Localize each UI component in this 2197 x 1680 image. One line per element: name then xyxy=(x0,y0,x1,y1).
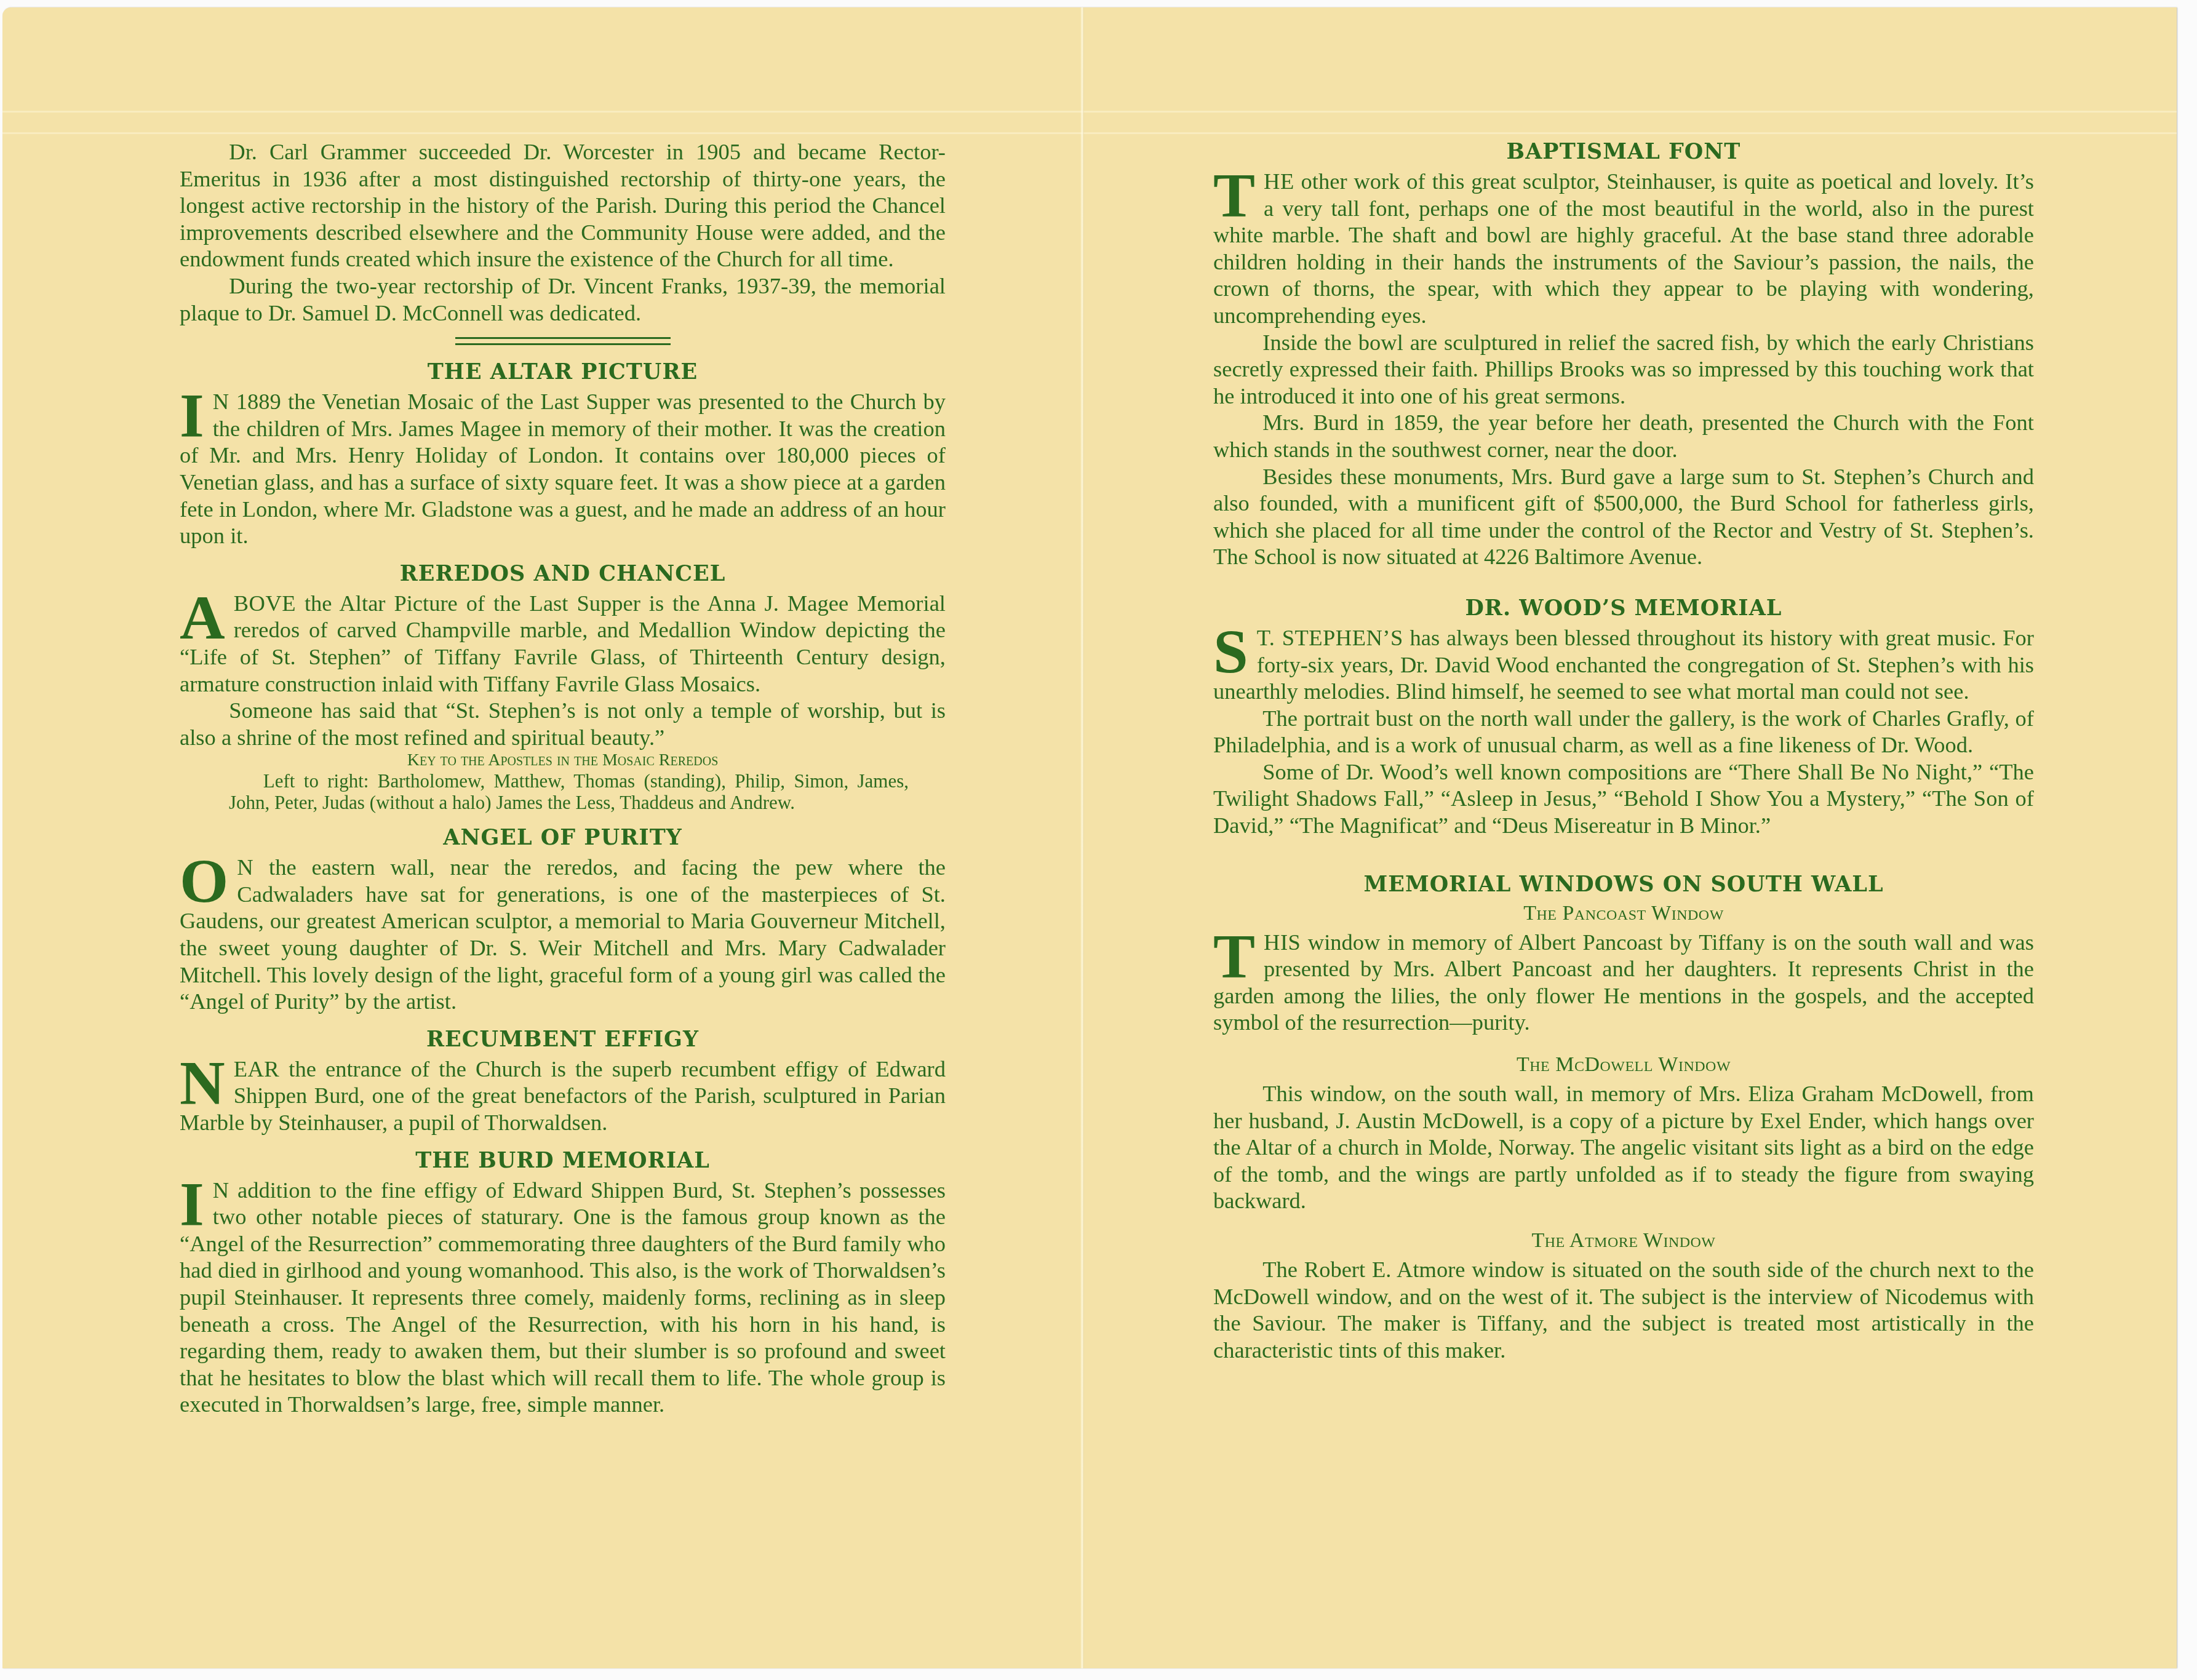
body-paragraph: Some of Dr. Wood’s well known compositio… xyxy=(1213,758,2034,839)
body-paragraph: The portrait bust on the north wall unde… xyxy=(1213,705,2034,758)
intro-paragraph: During the two-year rectorship of Dr. Vi… xyxy=(180,273,946,326)
body-paragraph: This window, on the south wall, in memor… xyxy=(1213,1080,2034,1214)
subheading-mcdowell-window: The McDowell Window xyxy=(1213,1052,2034,1078)
left-page: Dr. Carl Grammer succeeded Dr. Worcester… xyxy=(180,138,946,1418)
section-heading-altar-picture: THE ALTAR PICTURE xyxy=(180,359,946,386)
drop-cap: S xyxy=(1213,628,1248,677)
lead-caps: N xyxy=(213,389,229,414)
section-heading-baptismal-font: BAPTISMAL FONT xyxy=(1213,138,2034,165)
section-body-angel-of-purity: ON the eastern wall, near the reredos, a… xyxy=(180,854,946,1015)
body-text: window in memory of Albert Pancoast by T… xyxy=(1213,930,2034,1035)
apostles-key-title: Key to the Apostles in the Mosaic Reredo… xyxy=(180,750,946,770)
body-text: the entrance of the Church is the superb… xyxy=(180,1056,946,1135)
drop-cap: T xyxy=(1213,933,1255,982)
body-paragraph: Besides these monuments, Mrs. Burd gave … xyxy=(1213,463,2034,570)
body-text: the eastern wall, near the reredos, and … xyxy=(180,854,946,1014)
lead-caps: BOVE xyxy=(234,591,296,616)
body-text: 1889 the Venetian Mosaic of the Last Sup… xyxy=(180,389,946,548)
section-body-burd-memorial: IN addition to the fine effigy of Edward… xyxy=(180,1177,946,1418)
section-body-reredos: ABOVE the Altar Picture of the Last Supp… xyxy=(180,590,946,697)
lead-caps: N xyxy=(213,1177,229,1203)
section-heading-reredos-and-chancel: REREDOS AND CHANCEL xyxy=(180,560,946,587)
body-paragraph: Mrs. Burd in 1859, the year before her d… xyxy=(1213,409,2034,463)
section-body-recumbent-effigy: NEAR the entrance of the Church is the s… xyxy=(180,1056,946,1136)
section-heading-memorial-windows: MEMORIAL WINDOWS ON SOUTH WALL xyxy=(1213,871,2034,898)
right-page: BAPTISMAL FONT THE other work of this gr… xyxy=(1213,138,2034,1363)
quote-paragraph: Someone has said that “St. Stephen’s is … xyxy=(180,697,946,750)
body-text: addition to the fine effigy of Edward Sh… xyxy=(180,1177,946,1417)
section-body-pancoast-window: THIS window in memory of Albert Pancoast… xyxy=(1213,929,2034,1036)
lead-caps: HE xyxy=(1264,169,1294,194)
body-text: other work of this great sculptor, Stein… xyxy=(1213,169,2034,328)
subheading-atmore-window: The Atmore Window xyxy=(1213,1228,2034,1254)
drop-cap: N xyxy=(180,1059,225,1109)
section-body-dr-woods-memorial: ST. STEPHEN’S has always been blessed th… xyxy=(1213,624,2034,705)
double-rule-divider xyxy=(455,337,671,345)
lead-caps: N xyxy=(237,854,253,880)
section-heading-burd-memorial: THE BURD MEMORIAL xyxy=(180,1147,946,1174)
body-paragraph: Inside the bowl are sculptured in relief… xyxy=(1213,329,2034,410)
lead-caps: T. STEPHEN’S xyxy=(1257,625,1403,650)
section-heading-dr-woods-memorial: DR. WOOD’S MEMORIAL xyxy=(1213,595,2034,622)
drop-cap: I xyxy=(180,392,204,441)
section-body-baptismal-font: THE other work of this great sculptor, S… xyxy=(1213,168,2034,329)
center-fold xyxy=(1080,7,1084,1668)
subheading-pancoast-window: The Pancoast Window xyxy=(1213,901,2034,926)
paper-crease xyxy=(2,132,2177,134)
apostles-key-list: Left to right: Bartholomew, Matthew, Tho… xyxy=(229,770,909,813)
section-heading-recumbent-effigy: RECUMBENT EFFIGY xyxy=(180,1026,946,1053)
paper-crease xyxy=(2,111,2177,113)
drop-cap: A xyxy=(180,594,225,643)
body-paragraph: The Robert E. Atmore window is situated … xyxy=(1213,1256,2034,1363)
drop-cap: I xyxy=(180,1180,204,1230)
section-body-altar-picture: IN 1889 the Venetian Mosaic of the Last … xyxy=(180,388,946,549)
drop-cap: O xyxy=(180,858,228,907)
lead-caps: EAR xyxy=(234,1056,280,1081)
drop-cap: T xyxy=(1213,172,1255,221)
intro-paragraph: Dr. Carl Grammer succeeded Dr. Worcester… xyxy=(180,138,946,273)
lead-caps: HIS xyxy=(1264,930,1301,955)
section-heading-angel-of-purity: ANGEL OF PURITY xyxy=(180,824,946,851)
